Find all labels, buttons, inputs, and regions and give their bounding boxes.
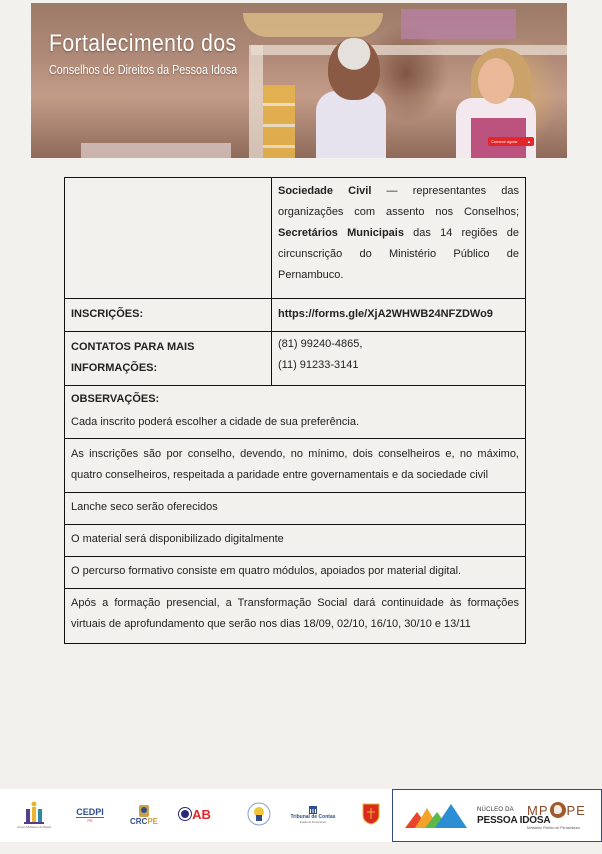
table-row-inscricoes: INSCRIÇÕES: https://forms.gle/XjA2WHWB24… (65, 299, 526, 332)
oab-text: AB (192, 807, 211, 822)
logo-crcpe: CRCPE (128, 799, 160, 833)
table-row-contatos: CONTATOS PARA MAIS INFORMAÇÕES: (81) 992… (65, 332, 526, 386)
inscricoes-link[interactable]: https://forms.gle/XjA2WHWB24NFZDWo9 (272, 299, 526, 332)
cedpi-text: CEDPI (76, 807, 104, 818)
observacao-item: Após a formação presencial, a Transforma… (65, 589, 526, 644)
mppe-left-text: MP (527, 803, 549, 818)
mppe-right-text: PE (567, 803, 586, 818)
table-row-observacao: O percurso formativo consiste em quatro … (65, 557, 526, 589)
banner-decor-books (401, 9, 516, 39)
table-row-observacao: As inscrições são por conselho, devendo,… (65, 439, 526, 493)
table-row-observacao: Após a formação presencial, a Transforma… (65, 589, 526, 644)
mppe-logo: MP PE (527, 802, 586, 818)
table-row-participants: Sociedade Civil — representantes das org… (65, 178, 526, 299)
inscricoes-label: INSCRIÇÕES: (65, 299, 272, 332)
phone-2: (11) 91233-3141 (278, 355, 519, 376)
logo-oab: AB (176, 803, 214, 825)
grupo-mulheres-icon (23, 801, 45, 825)
logo-seal-emblem (246, 799, 272, 829)
participants-part-2-bold: Secretários Municipais (278, 227, 404, 239)
observacao-item: O percurso formativo consiste em quatro … (65, 557, 526, 589)
banner-decor-bowl (243, 13, 383, 37)
logo-tribunal-de-contas: Tribunal de Contas Estado de Pernambuco (292, 803, 334, 827)
seal-emblem-icon (247, 801, 271, 827)
table-row-observacao: Lanche seco serão oferecidos (65, 493, 526, 525)
table-row-observacoes: OBSERVAÇÕES: Cada inscrito poderá escolh… (65, 386, 526, 439)
nucleo-mountains-icon (405, 804, 471, 828)
observacoes-label: OBSERVAÇÕES: (71, 389, 519, 410)
banner-photo-woman-face (478, 58, 514, 104)
banner-decor-box (81, 143, 231, 158)
banner-cta-label: Comece agora (491, 139, 517, 144)
tribunal-text: Tribunal de Contas (291, 814, 336, 821)
tribunal-building-icon (309, 806, 317, 814)
banner-decor-shelf-post (249, 45, 263, 158)
cedpi-sub: PE (87, 818, 92, 823)
logo-red-shield (360, 799, 382, 829)
nucleo-mppe-logo-box: NÚCLEO DA PESSOA IDOSA MP PE Ministério … (392, 789, 602, 842)
crcpe-text: CRCPE (130, 817, 158, 827)
banner-photo-man-head (328, 38, 380, 100)
participants-part-1-bold: Sociedade Civil (278, 185, 371, 197)
red-shield-icon (362, 803, 380, 825)
contatos-value: (81) 99240-4865, (11) 91233-3141 (272, 332, 526, 386)
logo-grupo-mulheres-do-brasil: Grupo Mulheres do Brasil (14, 797, 54, 833)
observacao-item: As inscrições são por conselho, devendo,… (65, 439, 526, 493)
banner-subtitle: Conselhos de Direitos da Pessoa Idosa (49, 63, 237, 77)
oab-globe-icon (179, 808, 191, 820)
participants-label (65, 178, 272, 299)
observacao-item: Cada inscrito poderá escolher a cidade d… (71, 412, 519, 433)
hero-banner: Fortalecimento dos Conselhos de Direitos… (31, 3, 567, 158)
banner-title: Fortalecimento dos (49, 30, 237, 58)
mppe-brazil-map-icon (550, 802, 566, 818)
logo-cedpi: CEDPI PE (74, 803, 106, 827)
observacao-item: Lanche seco serão oferecidos (65, 493, 526, 525)
partner-logos-footer: Grupo Mulheres do Brasil CEDPI PE CRCPE … (0, 789, 602, 842)
observacao-item: O material será disponibilizado digitalm… (65, 525, 526, 557)
crcpe-mark-icon (139, 805, 149, 817)
arrow-icon: ▲ (527, 139, 531, 144)
banner-photo-man-body (316, 91, 386, 158)
participants-value: Sociedade Civil — representantes das org… (272, 178, 526, 299)
contatos-label: CONTATOS PARA MAIS INFORMAÇÕES: (65, 332, 272, 386)
observacoes-cell: OBSERVAÇÕES: Cada inscrito poderá escolh… (65, 386, 526, 439)
logo-caption: Grupo Mulheres do Brasil (17, 825, 51, 829)
mppe-sub-text: Ministério Público de Pernambuco (527, 826, 580, 830)
banner-cta-button[interactable]: Comece agora ▲ (488, 137, 534, 146)
banner-decor-stack (263, 85, 295, 158)
event-info-table: Sociedade Civil — representantes das org… (64, 177, 526, 644)
table-row-observacao: O material será disponibilizado digitalm… (65, 525, 526, 557)
phone-1: (81) 99240-4865, (278, 334, 519, 355)
nucleo-small-text: NÚCLEO DA (477, 807, 514, 813)
tribunal-sub: Estado de Pernambuco (300, 821, 326, 824)
